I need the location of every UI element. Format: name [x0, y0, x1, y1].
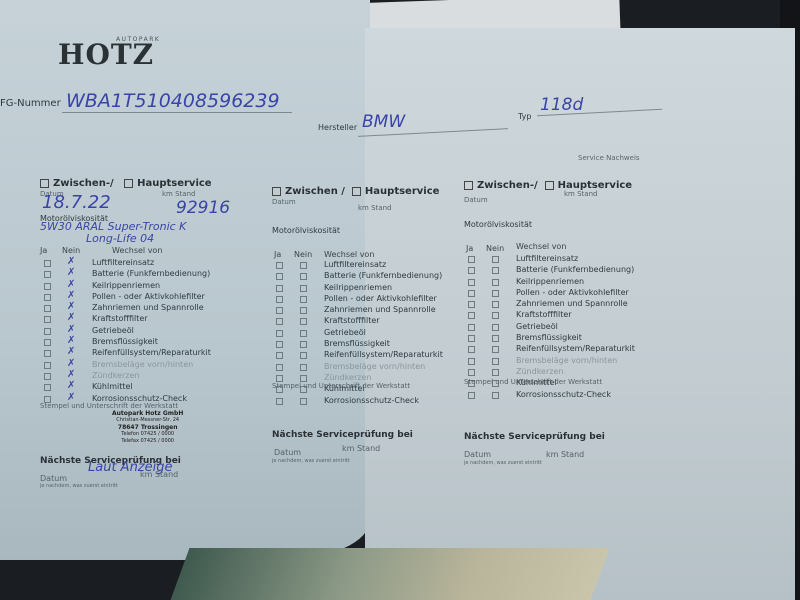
next-service-label: Nächste Serviceprüfung bei: [464, 432, 605, 442]
hersteller-value: BMW: [362, 112, 405, 132]
nein-checkbox[interactable]: [492, 369, 499, 376]
ja-checkbox[interactable]: [44, 362, 51, 369]
datum-label: Datum: [272, 198, 296, 206]
checkbox-hauptservice[interactable]: [352, 187, 361, 196]
oil-label: Motorölviskosität: [272, 226, 340, 235]
ja-header: Ja: [274, 250, 281, 259]
zwischen-label: Zwischen-/: [53, 178, 114, 189]
ja-checkbox[interactable]: [44, 339, 51, 346]
next-km-label: km Stand: [546, 450, 584, 459]
checklist-item-label: Reifenfüllsystem/Reparaturkit: [92, 348, 211, 357]
checklist-item-label: Bremsflüssigkeit: [516, 333, 582, 342]
nein-checkmark-icon[interactable]: ✗: [67, 279, 75, 290]
nein-checkmark-icon[interactable]: ✗: [67, 324, 75, 335]
fg-label: FG-Nummer: [0, 98, 61, 109]
next-note: je nachdem, was zuerst eintritt: [464, 460, 542, 466]
ja-checkbox[interactable]: [276, 262, 283, 269]
ja-checkbox[interactable]: [276, 318, 283, 325]
nein-checkbox[interactable]: [300, 330, 307, 337]
datum-value: 18.7.22: [42, 192, 111, 213]
ja-checkbox[interactable]: [276, 341, 283, 348]
km-value: 92916: [176, 198, 230, 218]
ja-checkbox[interactable]: [44, 271, 51, 278]
checklist-item-label: Bremsflüssigkeit: [92, 337, 158, 346]
ja-checkbox[interactable]: [276, 364, 283, 371]
stamp-line: Autopark Hotz GmbH: [112, 410, 183, 417]
hersteller-label: Hersteller: [318, 123, 357, 132]
checklist-item-label: Luftfiltereinsatz: [324, 260, 386, 269]
background-object: [171, 548, 610, 600]
nein-checkmark-icon[interactable]: ✗: [67, 380, 75, 391]
nein-header: Nein: [486, 244, 504, 253]
ja-checkbox[interactable]: [276, 285, 283, 292]
wechsel-header: Wechsel von: [324, 250, 374, 259]
km-label: km Stand: [162, 190, 195, 198]
nein-checkbox[interactable]: [300, 364, 307, 371]
service-column-1: Zwischen-/ Hauptservice Datum km Stand 1…: [40, 178, 212, 189]
nein-checkbox[interactable]: [300, 296, 307, 303]
ja-checkbox[interactable]: [44, 350, 51, 357]
fg-value: WBA1T510408596239: [66, 90, 280, 112]
ja-checkbox[interactable]: [44, 384, 51, 391]
nein-checkbox[interactable]: [300, 307, 307, 314]
ja-header: Ja: [40, 246, 47, 255]
stamp-line: 78647 Trossingen: [112, 424, 183, 431]
checklist-item-label: Bremsbeläge vorn/hinten: [92, 360, 193, 369]
nein-checkbox[interactable]: [300, 318, 307, 325]
checklist-item-label: Pollen - oder Aktivkohlefilter: [324, 294, 437, 303]
nein-checkbox[interactable]: [300, 398, 307, 405]
next-datum-label: Datum: [40, 474, 67, 483]
checklist-item-label: Batterie (Funkfernbedienung): [324, 271, 442, 280]
ja-checkbox[interactable]: [44, 373, 51, 380]
checklist-item-label: Pollen - oder Aktivkohlefilter: [516, 288, 629, 297]
ja-checkbox[interactable]: [468, 301, 475, 308]
checkbox-zwischen[interactable]: [464, 181, 473, 190]
ja-checkbox[interactable]: [468, 290, 475, 297]
service-nachweis-label: Service Nachweis: [578, 154, 640, 162]
checkbox-hauptservice[interactable]: [124, 179, 133, 188]
checklist-item-label: Zahnriemen und Spannrolle: [324, 305, 436, 314]
ja-checkbox[interactable]: [276, 398, 283, 405]
ja-checkbox[interactable]: [44, 328, 51, 335]
nein-checkbox[interactable]: [300, 262, 307, 269]
checkbox-zwischen[interactable]: [40, 179, 49, 188]
nein-checkbox[interactable]: [492, 324, 499, 331]
ja-checkbox[interactable]: [276, 296, 283, 303]
checklist-item-label: Korrosionsschutz-Check: [516, 390, 611, 399]
ja-checkbox[interactable]: [468, 369, 475, 376]
ja-checkbox[interactable]: [44, 305, 51, 312]
nein-checkbox[interactable]: [492, 290, 499, 297]
nein-checkmark-icon[interactable]: ✗: [67, 290, 75, 301]
next-km-label: km Stand: [342, 444, 380, 453]
ja-checkbox[interactable]: [468, 256, 475, 263]
km-label: km Stand: [358, 204, 391, 212]
signature-label: Stempel und Unterschrift der Werkstatt: [272, 382, 410, 390]
km-label: km Stand: [564, 190, 597, 198]
nein-checkmark-icon[interactable]: ✗: [67, 256, 75, 267]
datum-label: Datum: [464, 196, 488, 204]
checklist-item-label: Zündkerzen: [324, 373, 371, 382]
logo-subtitle: AUTOPARK: [116, 36, 160, 43]
ja-checkbox[interactable]: [468, 312, 475, 319]
nein-checkbox[interactable]: [492, 301, 499, 308]
hauptservice-label: Hauptservice: [365, 186, 440, 197]
oil-label: Motorölviskosität: [464, 220, 532, 229]
ja-checkbox[interactable]: [44, 294, 51, 301]
nein-checkmark-icon[interactable]: ✗: [67, 369, 75, 380]
service-column-2: Zwischen / Hauptservice Datum km Stand M…: [272, 186, 439, 197]
ja-checkbox[interactable]: [276, 330, 283, 337]
nein-checkbox[interactable]: [300, 341, 307, 348]
nein-checkmark-icon[interactable]: ✗: [67, 346, 75, 357]
next-service-label: Nächste Serviceprüfung bei: [272, 430, 413, 440]
logo: AUTOPARK HOTZ: [58, 38, 154, 71]
ja-checkbox[interactable]: [44, 260, 51, 267]
ja-checkbox[interactable]: [468, 346, 475, 353]
nein-checkbox[interactable]: [300, 352, 307, 359]
zwischen-label: Zwischen-/: [477, 180, 538, 191]
checklist-item-label: Luftfiltereinsatz: [92, 258, 154, 267]
checklist-item-label: Luftfiltereinsatz: [516, 254, 578, 263]
checklist-item-label: Bremsbeläge vorn/hinten: [324, 362, 425, 371]
checklist-item-label: Batterie (Funkfernbedienung): [516, 265, 634, 274]
checkbox-hauptservice[interactable]: [545, 181, 554, 190]
ja-checkbox[interactable]: [276, 375, 283, 382]
typ-value: 118d: [540, 95, 583, 115]
nein-checkbox[interactable]: [492, 358, 499, 365]
checklist-item-label: Zahnriemen und Spannrolle: [92, 303, 204, 312]
checklist-item-label: Reifenfüllsystem/Reparaturkit: [516, 344, 635, 353]
ja-checkbox[interactable]: [468, 335, 475, 342]
checklist-item-label: Getriebeöl: [92, 326, 134, 335]
ja-checkbox[interactable]: [468, 324, 475, 331]
zwischen-label: Zwischen /: [285, 186, 345, 197]
ja-checkbox[interactable]: [468, 392, 475, 399]
checklist-item-label: Reifenfüllsystem/Reparaturkit: [324, 350, 443, 359]
nein-checkbox[interactable]: [492, 267, 499, 274]
checklist-item-label: Korrosionsschutz-Check: [324, 396, 419, 405]
hauptservice-label: Hauptservice: [137, 178, 212, 189]
nein-checkbox[interactable]: [300, 375, 307, 382]
nein-checkbox[interactable]: [492, 335, 499, 342]
ja-checkbox[interactable]: [44, 283, 51, 290]
next-km-label: km Stand: [140, 470, 178, 479]
nein-header: Nein: [294, 250, 312, 259]
next-note: je nachdem, was zuerst eintritt: [272, 458, 350, 464]
oil-value-line-2: Long-Life 04: [86, 232, 154, 245]
nein-checkbox[interactable]: [492, 346, 499, 353]
nein-checkmark-icon[interactable]: ✗: [67, 358, 75, 369]
stamp-line: Telefon 07425 / 0000: [112, 431, 183, 438]
nein-checkmark-icon[interactable]: ✗: [67, 335, 75, 346]
checklist-item-label: Zündkerzen: [516, 367, 563, 376]
next-datum-label: Datum: [464, 450, 491, 459]
ja-header: Ja: [466, 244, 473, 253]
checklist-item-label: Kühlmittel: [92, 382, 133, 391]
checklist-item-label: Bremsbeläge vorn/hinten: [516, 356, 617, 365]
nein-checkbox[interactable]: [492, 392, 499, 399]
nein-checkbox[interactable]: [492, 279, 499, 286]
checklist-item-label: Bremsflüssigkeit: [324, 339, 390, 348]
next-note: je nachdem, was zuerst eintritt: [40, 483, 118, 489]
checklist-item-label: Zündkerzen: [92, 371, 139, 380]
checklist-item-label: Getriebeöl: [324, 328, 366, 337]
stamp-line: Christian-Messner-Str. 24: [112, 417, 183, 424]
ja-checkbox[interactable]: [468, 279, 475, 286]
nein-checkbox[interactable]: [300, 273, 307, 280]
nein-checkmark-icon[interactable]: ✗: [67, 312, 75, 323]
nein-checkmark-icon[interactable]: ✗: [67, 267, 75, 278]
nein-checkbox[interactable]: [300, 285, 307, 292]
ja-checkbox[interactable]: [276, 273, 283, 280]
wechsel-header: Wechsel von: [112, 246, 162, 255]
wechsel-header: Wechsel von: [516, 242, 566, 251]
ja-checkbox[interactable]: [276, 352, 283, 359]
checklist-item-label: Kraftstofffilter: [324, 316, 380, 325]
fg-underline: [62, 112, 292, 113]
nein-checkmark-icon[interactable]: ✗: [67, 301, 75, 312]
checklist-item-label: Kraftstofffilter: [92, 314, 148, 323]
next-datum-label: Datum: [274, 448, 301, 457]
checklist-item-label: Keilrippenriemen: [92, 281, 160, 290]
checklist-item-label: Zahnriemen und Spannrolle: [516, 299, 628, 308]
workshop-stamp: Autopark Hotz GmbH Christian-Messner-Str…: [112, 410, 183, 445]
checklist-item-label: Batterie (Funkfernbedienung): [92, 269, 210, 278]
signature-label: Stempel und Unterschrift der Werkstatt: [40, 402, 178, 410]
checkbox-zwischen[interactable]: [272, 187, 281, 196]
nein-header: Nein: [62, 246, 80, 255]
typ-label: Typ: [518, 112, 531, 121]
checklist-item-label: Keilrippenriemen: [516, 277, 584, 286]
ja-checkbox[interactable]: [44, 316, 51, 323]
ja-checkbox[interactable]: [276, 307, 283, 314]
ja-checkbox[interactable]: [468, 358, 475, 365]
stamp-line: Telefax 07425 / 0000: [112, 438, 183, 445]
checklist-item-label: Keilrippenriemen: [324, 283, 392, 292]
nein-checkmark-icon[interactable]: ✗: [67, 392, 75, 403]
signature-label: Stempel und Unterschrift der Werkstatt: [464, 378, 602, 386]
ja-checkbox[interactable]: [468, 267, 475, 274]
checklist-item-label: Getriebeöl: [516, 322, 558, 331]
checklist-item-label: Pollen - oder Aktivkohlefilter: [92, 292, 205, 301]
checklist-item-label: Kraftstofffilter: [516, 310, 572, 319]
service-column-3: Zwischen-/ Hauptservice Datum km Stand M…: [464, 180, 632, 191]
nein-checkbox[interactable]: [492, 312, 499, 319]
nein-checkbox[interactable]: [492, 256, 499, 263]
